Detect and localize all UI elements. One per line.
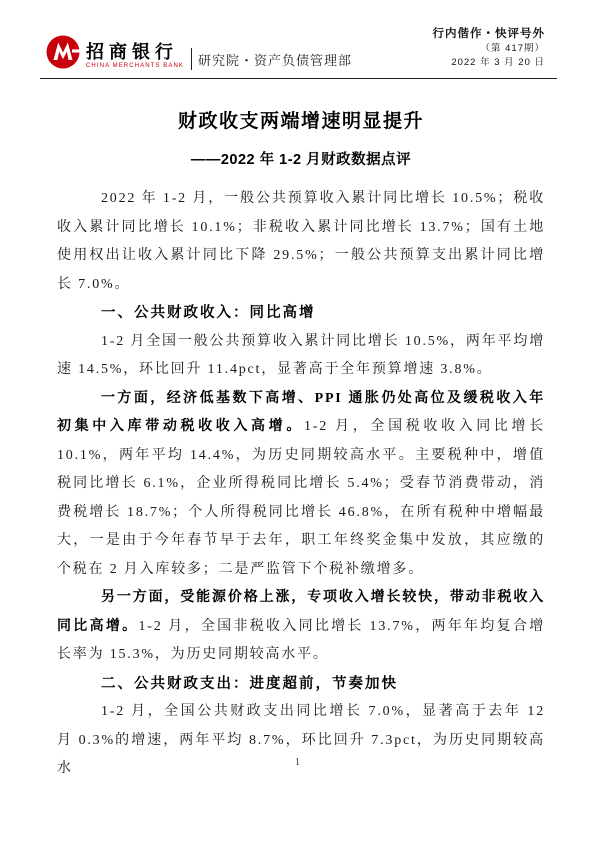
paragraph-lead: 另一方面，受能源价格上涨，专项收入增长较快，带动非税收入同比高增。 bbox=[57, 590, 545, 634]
body-paragraph: 1-2 月全国一般公共预算收入累计同比增长 10.5%，两年平均增速 14.5%… bbox=[57, 328, 545, 385]
issue-info: 行内偕作・快评号外 （第 417期） 2022 年 3 月 20 日 bbox=[433, 26, 546, 70]
page-title: 财政收支两端增速明显提升 bbox=[57, 106, 545, 133]
document-main: 财政收支两端增速明显提升 ——2022 年 1-2 月财政数据点评 2022 年… bbox=[57, 106, 545, 784]
page-number: 1 bbox=[295, 757, 300, 768]
body-paragraph: 2022 年 1-2 月，一般公共预算收入累计同比增长 10.5%；税收收入累计… bbox=[57, 185, 545, 299]
body-paragraph: 一方面，经济低基数下高增、PPI 通胀仍处高位及缓税收入年初集中入库带动税收收入… bbox=[57, 385, 545, 585]
bank-name-en: CHINA MERCHANTS BANK bbox=[86, 62, 184, 70]
body-paragraph: 另一方面，受能源价格上涨，专项收入增长较快，带动非税收入同比高增。1-2 月，全… bbox=[57, 584, 545, 670]
section-heading: 一、公共财政收入：同比高增 bbox=[57, 299, 545, 328]
report-page: 招商银行 CHINA MERCHANTS BANK 研究院・资产负债管理部 行内… bbox=[0, 0, 595, 842]
page-header: 招商银行 CHINA MERCHANTS BANK 研究院・资产负债管理部 行内… bbox=[45, 26, 545, 70]
bank-branding: 招商银行 CHINA MERCHANTS BANK 研究院・资产负债管理部 bbox=[45, 34, 352, 70]
section-heading: 二、公共财政支出：进度超前，节奏加快 bbox=[57, 670, 545, 699]
paragraph-lead: 一方面，经济低基数下高增、PPI 通胀仍处高位及缓税收入年初集中入库带动税收收入… bbox=[57, 391, 545, 435]
header-divider bbox=[191, 48, 192, 70]
bank-name-cn: 招商银行 bbox=[86, 42, 184, 62]
bank-name-block: 招商银行 CHINA MERCHANTS BANK bbox=[86, 42, 184, 70]
cmb-logo-icon bbox=[45, 34, 81, 70]
body-paragraph: 1-2 月，全国公共财政支出同比增长 7.0%，显著高于去年 12 月 0.3%… bbox=[57, 698, 545, 784]
publish-date: 2022 年 3 月 20 日 bbox=[433, 56, 546, 70]
department-name: 研究院・资产负债管理部 bbox=[198, 52, 352, 70]
issue-number: （第 417期） bbox=[433, 42, 546, 56]
page-subtitle: ——2022 年 1-2 月财政数据点评 bbox=[57, 148, 545, 169]
document-body: 2022 年 1-2 月，一般公共预算收入累计同比增长 10.5%；税收收入累计… bbox=[57, 185, 545, 784]
page-footer: 1 bbox=[0, 752, 595, 770]
series-title: 行内偕作・快评号外 bbox=[433, 26, 546, 42]
header-rule bbox=[40, 78, 557, 79]
